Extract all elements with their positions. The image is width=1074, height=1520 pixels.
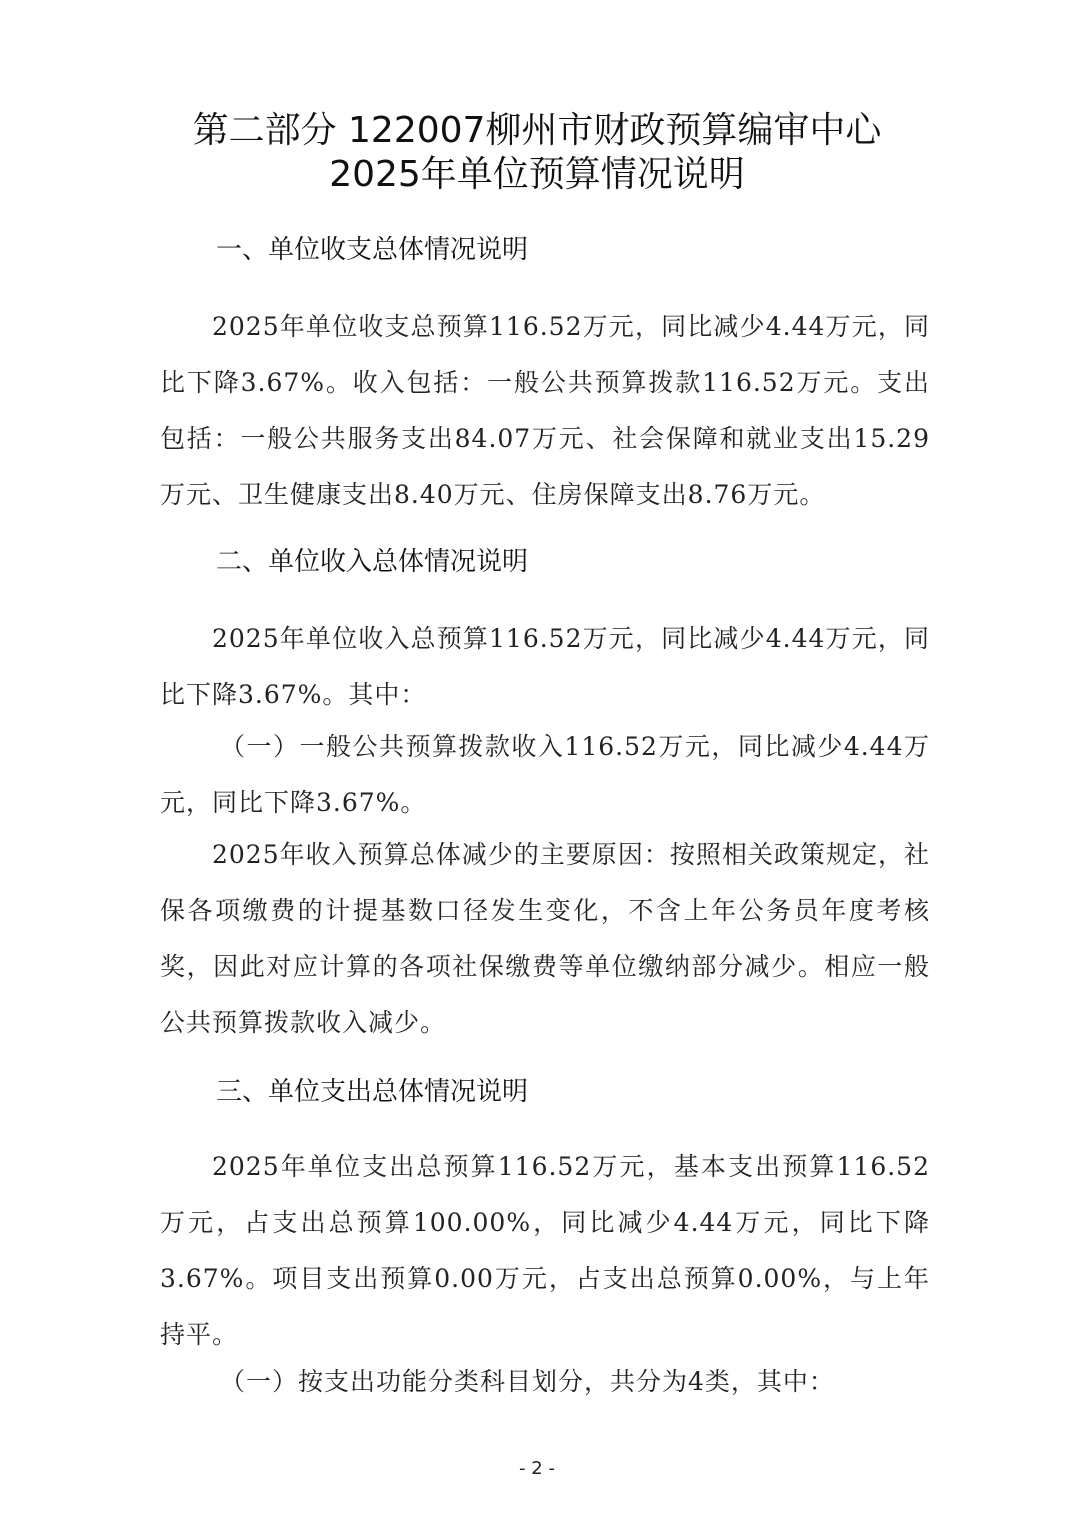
section-heading-2: 二、单位收入总体情况说明: [216, 545, 528, 579]
section-3-paragraph-2: （一）按支出功能分类科目划分，共分为4类，其中：: [160, 1354, 930, 1410]
section-2-paragraph-3: 2025年收入预算总体减少的主要原因：按照相关政策规定，社保各项缴费的计提基数口…: [160, 827, 930, 1051]
section-2-paragraph-1: 2025年单位收入总预算116.52万元，同比减少4.44万元，同比下降3.67…: [160, 611, 930, 723]
document-title-line1: 第二部分 122007柳州市财政预算编审中心: [0, 108, 1074, 154]
section-heading-3: 三、单位支出总体情况说明: [216, 1075, 528, 1109]
section-3-paragraph-1: 2025年单位支出总预算116.52万元，基本支出预算116.52万元，占支出总…: [160, 1139, 930, 1363]
document-title-line2: 2025年单位预算情况说明: [0, 152, 1074, 198]
section-heading-1: 一、单位收支总体情况说明: [216, 233, 528, 267]
document-page: 第二部分 122007柳州市财政预算编审中心 2025年单位预算情况说明 一、单…: [0, 0, 1074, 1520]
section-1-paragraph-1: 2025年单位收支总预算116.52万元，同比减少4.44万元，同比下降3.67…: [160, 299, 930, 523]
page-number: - 2 -: [0, 1458, 1074, 1479]
section-2-paragraph-2: （一）一般公共预算拨款收入116.52万元，同比减少4.44万元，同比下降3.6…: [160, 719, 930, 831]
